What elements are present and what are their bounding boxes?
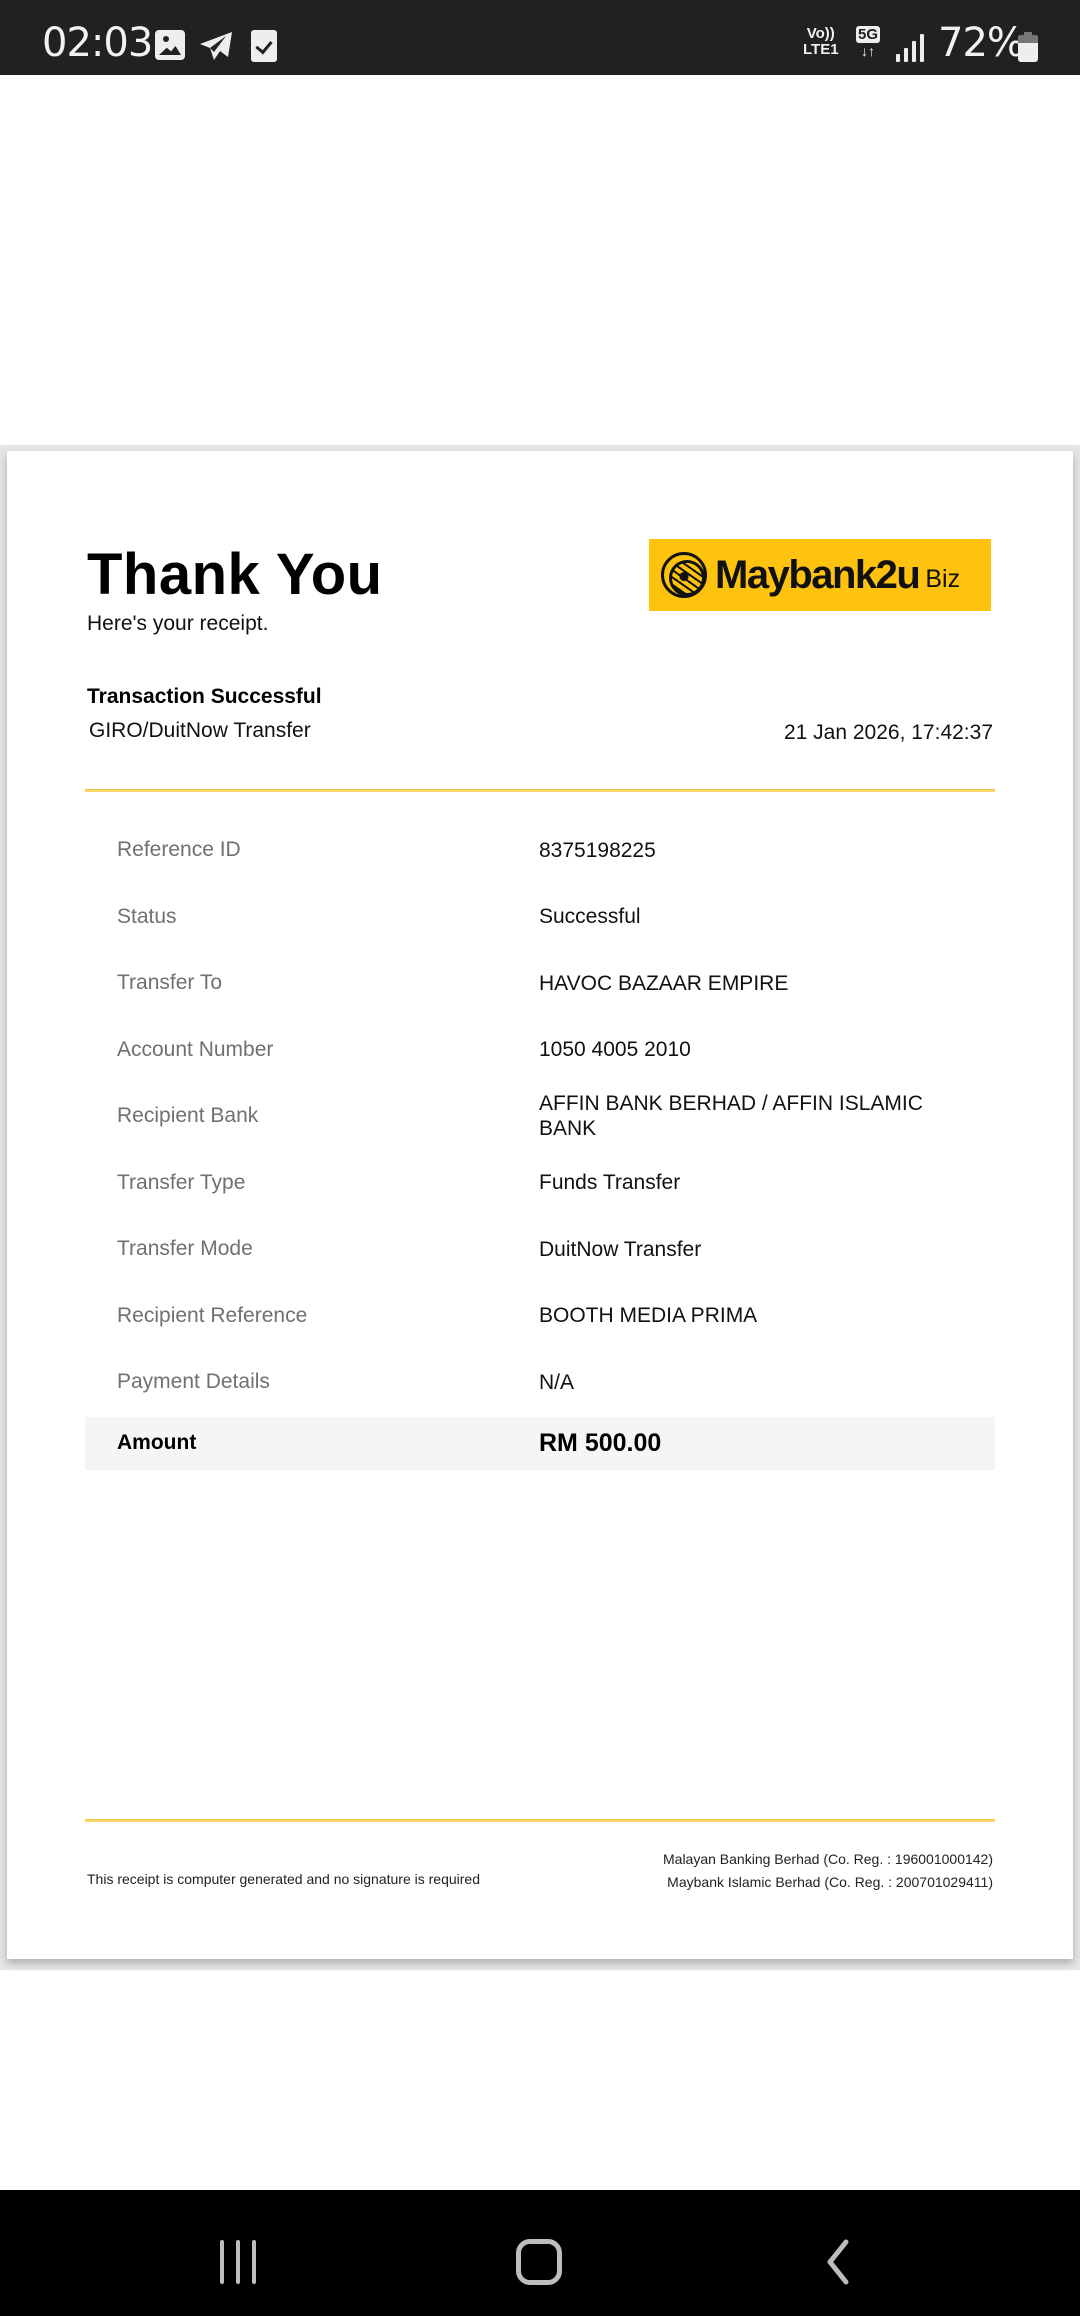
recent-apps-icon xyxy=(220,2240,224,2284)
detail-value: N/A xyxy=(539,1370,995,1395)
gallery-icon xyxy=(155,30,185,60)
receipt-page: Thank You Here's your receipt. Maybank2u… xyxy=(7,451,1073,1959)
navigation-bar xyxy=(0,2190,1080,2316)
status-time: 02:03 xyxy=(42,20,152,66)
detail-label: Status xyxy=(85,905,539,929)
detail-label: Account Number xyxy=(85,1038,539,1062)
logo-brand: Maybank2u xyxy=(715,553,919,598)
battery-percent: 72% xyxy=(938,20,1024,66)
transaction-status: Transaction Successful xyxy=(87,685,322,709)
detail-row-recipient-reference: Recipient Reference BOOTH MEDIA PRIMA xyxy=(85,1283,995,1350)
transaction-datetime: 21 Jan 2026, 17:42:37 xyxy=(784,721,993,745)
data-activity-icon: ↓↑ xyxy=(853,44,883,58)
receipt-viewer[interactable]: Thank You Here's your receipt. Maybank2u… xyxy=(0,75,1080,2190)
detail-value: 1050 4005 2010 xyxy=(539,1037,995,1062)
detail-row-status: Status Successful xyxy=(85,884,995,951)
detail-label: Transfer Mode xyxy=(85,1237,539,1261)
divider xyxy=(85,789,995,792)
registration-line: Malayan Banking Berhad (Co. Reg. : 19600… xyxy=(663,1848,993,1871)
signal-strength-icon xyxy=(896,32,926,62)
transaction-type: GIRO/DuitNow Transfer xyxy=(89,719,311,743)
detail-value: BOOTH MEDIA PRIMA xyxy=(539,1303,995,1328)
detail-value: HAVOC BAZAAR EMPIRE xyxy=(539,971,995,996)
registration-line: Maybank Islamic Berhad (Co. Reg. : 20070… xyxy=(663,1871,993,1894)
network-5g-indicator: 5G ↓↑ xyxy=(853,26,883,58)
detail-label: Reference ID xyxy=(85,838,539,862)
detail-label: Payment Details xyxy=(85,1370,539,1394)
tiger-logo-icon xyxy=(661,552,707,598)
page-title: Thank You xyxy=(87,541,383,608)
home-button[interactable] xyxy=(516,2239,562,2285)
amount-label: Amount xyxy=(85,1431,539,1455)
page-subtitle: Here's your receipt. xyxy=(87,612,268,636)
detail-row-reference-id: Reference ID 8375198225 xyxy=(85,817,995,884)
detail-label: Transfer Type xyxy=(85,1171,539,1195)
detail-value: Funds Transfer xyxy=(539,1170,995,1195)
company-registration: Malayan Banking Berhad (Co. Reg. : 19600… xyxy=(663,1848,993,1894)
telegram-icon xyxy=(198,30,234,62)
battery-icon xyxy=(1018,32,1038,62)
task-check-icon xyxy=(251,30,277,62)
detail-value: Successful xyxy=(539,904,995,929)
detail-row-account-number: Account Number 1050 4005 2010 xyxy=(85,1017,995,1084)
amount-value: RM 500.00 xyxy=(539,1431,995,1456)
detail-label: Recipient Bank xyxy=(85,1104,539,1128)
detail-label: Recipient Reference xyxy=(85,1304,539,1328)
details-table: Reference ID 8375198225 Status Successfu… xyxy=(85,817,995,1470)
detail-value: 8375198225 xyxy=(539,838,995,863)
detail-row-transfer-type: Transfer Type Funds Transfer xyxy=(85,1150,995,1217)
detail-label: Transfer To xyxy=(85,971,539,995)
detail-row-transfer-mode: Transfer Mode DuitNow Transfer xyxy=(85,1216,995,1283)
detail-row-transfer-to: Transfer To HAVOC BAZAAR EMPIRE xyxy=(85,950,995,1017)
footer-note: This receipt is computer generated and n… xyxy=(87,1871,480,1887)
detail-row-payment-details: Payment Details N/A xyxy=(85,1349,995,1416)
amount-row: Amount RM 500.00 xyxy=(85,1417,995,1470)
detail-row-recipient-bank: Recipient Bank AFFIN BANK BERHAD / AFFIN… xyxy=(85,1083,995,1150)
divider xyxy=(85,1819,995,1822)
back-button[interactable] xyxy=(818,2238,858,2286)
volte-indicator: Vo)) LTE1 xyxy=(803,26,839,58)
maybank2u-biz-logo: Maybank2u Biz xyxy=(649,539,991,611)
detail-value: AFFIN BANK BERHAD / AFFIN ISLAMIC BANK xyxy=(539,1091,995,1141)
recent-apps-button[interactable] xyxy=(216,2240,260,2284)
logo-suffix: Biz xyxy=(925,565,960,594)
detail-value: DuitNow Transfer xyxy=(539,1237,995,1262)
status-bar: 02:03 Vo)) LTE1 5G ↓↑ 72% xyxy=(0,0,1080,75)
